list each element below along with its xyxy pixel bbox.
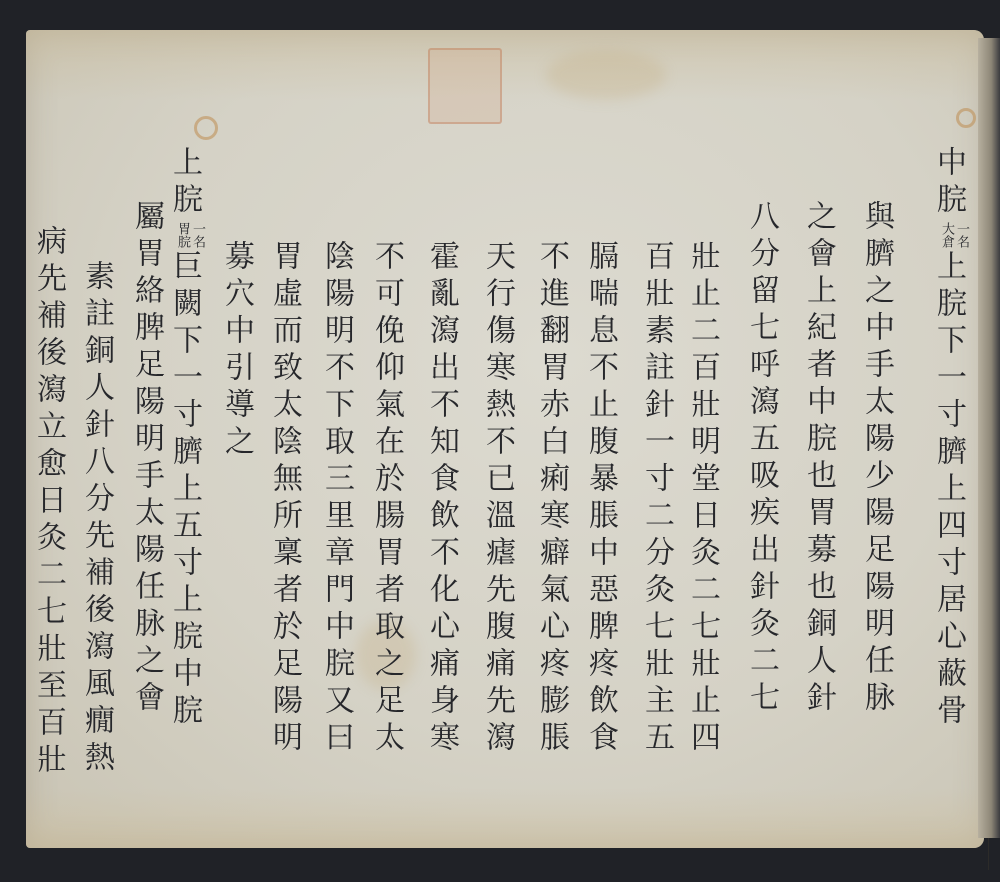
column-text: 上脘下一寸臍上四寸居心蔽骨 [931, 250, 966, 731]
alias-note: 一名大倉 [939, 222, 968, 248]
circle-mark-icon [956, 108, 976, 128]
text-column-13: 胃虛而致太陰無所稟者於足陽明 [264, 240, 304, 758]
text-column-4: 八分留七呼瀉五吸疾出針灸二七 [741, 200, 781, 718]
alias-note: 一名胃脘 [175, 222, 204, 248]
water-stain [546, 50, 666, 100]
column-text: 巨闕下一寸臍上五寸上脘中脘 [167, 250, 202, 731]
text-column-14: 募穴中引導之 [216, 240, 256, 462]
book-spine-edge [978, 38, 1000, 838]
text-column-17: 素註銅人針八分先補後瀉風癇熱 [76, 260, 116, 778]
text-column-12: 陰陽明不下取三里章門中脘又曰 [316, 240, 356, 758]
text-column-11: 不可俛仰氣在於腸胃者取之足太 [366, 240, 406, 758]
circle-mark-icon [194, 116, 218, 140]
entry-title: 上脘 [167, 146, 202, 220]
text-column-18: 病先補後瀉立愈日灸二七壯至百壯 [28, 225, 68, 780]
entry-title: 中脘 [931, 146, 966, 220]
text-column-16: 屬胃絡脾足陽明手太陽任脉之會 [126, 200, 166, 718]
paper-page: 中脘一名大倉上脘下一寸臍上四寸居心蔽骨 與臍之中手太陽少陽足陽明任脉 之會上紀者… [26, 30, 984, 848]
text-column-8: 不進翻胃赤白痢寒癖氣心疼膨脹 [531, 240, 571, 758]
text-column-1: 中脘一名大倉上脘下一寸臍上四寸居心蔽骨 [928, 146, 968, 731]
scanned-book-page: 中脘一名大倉上脘下一寸臍上四寸居心蔽骨 與臍之中手太陽少陽足陽明任脉 之會上紀者… [0, 0, 1000, 882]
red-seal-stamp [428, 48, 502, 124]
text-column-6: 百壯素註針一寸二分灸七壯主五 [636, 240, 676, 758]
text-column-2: 與臍之中手太陽少陽足陽明任脉 [856, 200, 896, 718]
text-column-5: 壯止二百壯明堂日灸二七壯止四 [682, 240, 722, 758]
text-column-10: 霍亂瀉出不知食飲不化心痛身寒 [421, 240, 461, 758]
text-column-15: 上脘一名胃脘巨闕下一寸臍上五寸上脘中脘 [164, 146, 204, 731]
text-column-7: 膈喘息不止腹暴脹中惡脾疼飲食 [580, 240, 620, 758]
text-column-9: 天行傷寒熱不已溫瘧先腹痛先瀉 [477, 240, 517, 758]
text-column-3: 之會上紀者中脘也胃募也銅人針 [798, 200, 838, 718]
